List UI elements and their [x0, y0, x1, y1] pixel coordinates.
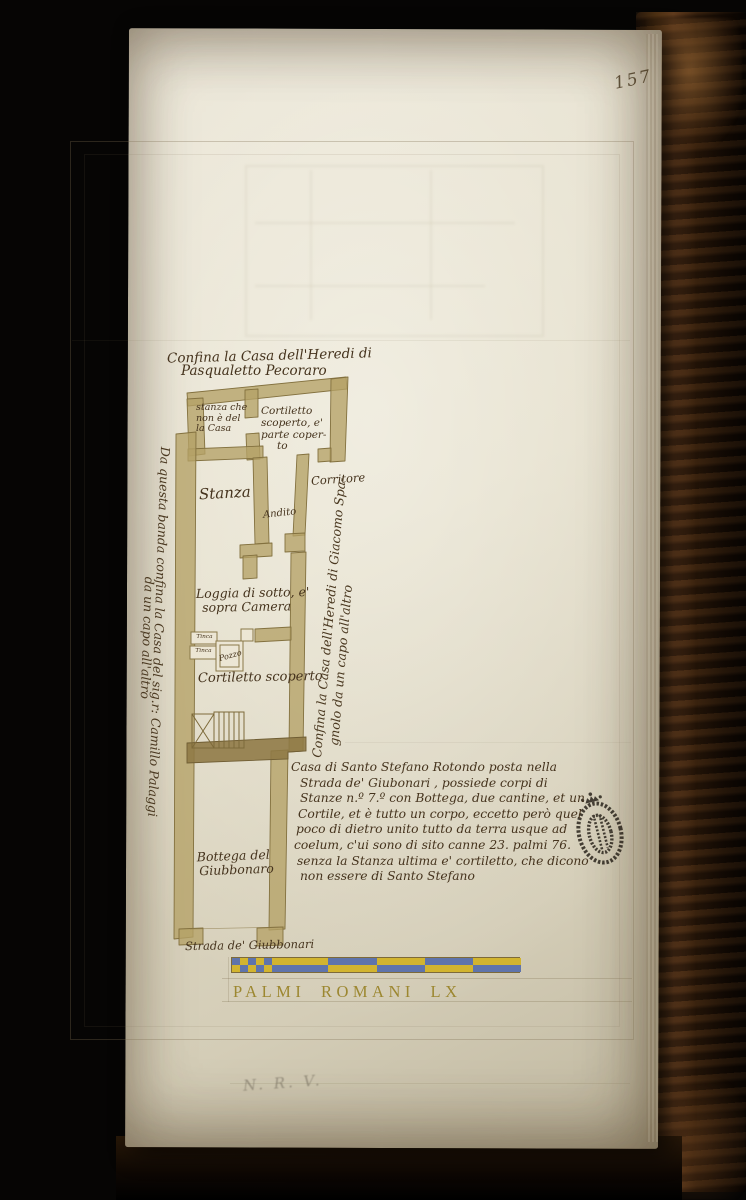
room-label-cortiletto-scoperto: Cortiletto scoperto: [198, 670, 323, 687]
scale-bar-segment: [328, 958, 376, 972]
floor-plan: [0, 0, 746, 1200]
wall-andito-right: [293, 454, 309, 536]
wall-left-outer: [174, 432, 196, 939]
room-label-stanza: Stanza: [199, 484, 252, 503]
boundary-top-line2: Pasqualetto Pecoraro: [181, 364, 327, 379]
wall-andito-foot: [285, 533, 305, 552]
wall-loggia-stub: [243, 555, 257, 579]
description-line: Stanze n.º 7.º con Bottega, due cantine,…: [300, 791, 589, 807]
scale-bar-segment: [473, 958, 521, 972]
scale-bar-segment: [377, 958, 425, 972]
wall-horizontal-a: [188, 446, 263, 461]
room-label-cortiletto-coperto: Cortiletto: [261, 406, 326, 418]
street-label: Strada de' Giubbonari: [185, 938, 314, 953]
description-line: non essere di Santo Stefano: [300, 869, 589, 885]
wall-top-right: [330, 377, 348, 462]
description-line: Strada de' Giubonari , possiede corpi di: [300, 776, 589, 792]
description-line: senza la Stanza ultima e' cortiletto, ch…: [297, 854, 589, 870]
description-line: poco di dietro unito tutto da terra usqu…: [296, 822, 589, 838]
scale-bar: [231, 957, 520, 973]
wall-pozzo-stub: [255, 627, 291, 642]
fixture-label-tinca-1: Tinca: [192, 634, 217, 640]
scale-bar-segment-checker: [232, 958, 280, 972]
fixture-label-tinca-2: Tinca: [191, 648, 216, 654]
basin-box: [241, 629, 253, 641]
wall-bottega-right: [269, 750, 288, 930]
wall-stanza-right: [253, 457, 269, 544]
property-description: Casa di Santo Stefano Rotondo posta nell…: [291, 760, 589, 885]
wall-cortile-bottom: [187, 737, 306, 763]
description-line: coelum, c'ui sono di sito canne 23. palm…: [294, 838, 589, 854]
manuscript-photo: 157: [0, 0, 746, 1200]
description-line: Casa di Santo Stefano Rotondo posta nell…: [291, 760, 589, 776]
description-line: Cortile, et è tutto un corpo, eccetto pe…: [298, 807, 589, 823]
scale-bar-label: PALMI ROMANI LX: [233, 982, 462, 1002]
wall-mid-right: [289, 552, 306, 752]
scale-bar-segment: [425, 958, 473, 972]
scale-bar-segment: [280, 958, 328, 972]
